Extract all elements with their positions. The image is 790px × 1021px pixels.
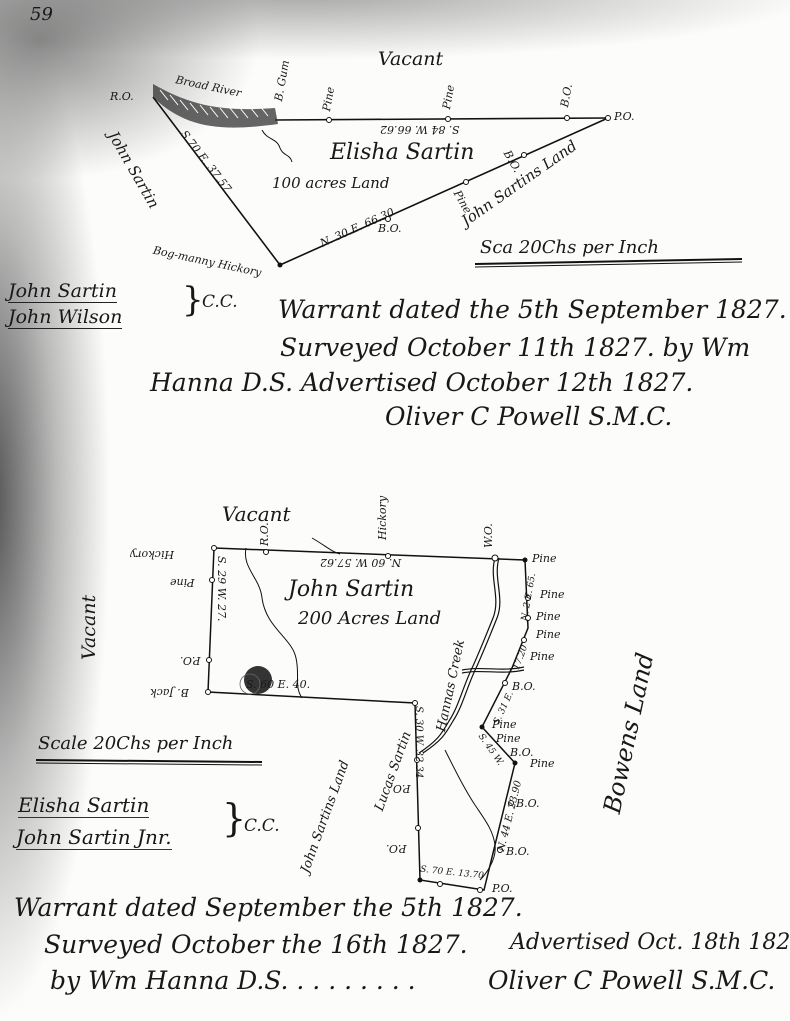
plat2-bearing-north: N. 60 W. 57.62 [320, 556, 401, 569]
plat2-pine-ne: Pine [532, 552, 557, 565]
plat2-chain-carrier-2: John Sartin Jnr. [16, 825, 172, 850]
plat2-pine-e2: Pine [536, 610, 561, 623]
plat2-cert-line-1: Warrant dated September the 5th 1827. [14, 893, 523, 922]
plat2-chain-carriers-label: C.C. [244, 816, 280, 836]
plat2-cert-line-3: by Wm Hanna D.S. . . . . . . . . [50, 966, 416, 995]
plat2-pine-e7: Pine [530, 757, 555, 770]
plat2-vacant-top: Vacant [222, 502, 291, 526]
plat-2-drawing [0, 0, 790, 1021]
plat2-brace: } [222, 796, 246, 840]
plat2-cert-line-2: Surveyed October the 16th 1827. [44, 930, 468, 959]
plat2-owner-name: John Sartin [288, 577, 414, 602]
plat2-po-lower-2: P.O. [386, 842, 407, 855]
plat2-bearing-south: S. 60 E. 40. [246, 678, 310, 691]
plat2-corner-ro: R.O. [258, 522, 271, 546]
plat2-corner-wo: W.O. [482, 523, 495, 548]
plat2-bo-e3: B.O. [516, 797, 539, 810]
plat2-pine-e1: Pine [540, 588, 565, 601]
plat2-acreage: 200 Acres Land [298, 608, 441, 629]
plat2-pine-e5: Pine [492, 718, 517, 731]
plat2-pine-nw: Pine [170, 576, 195, 589]
plat2-scale: Scale 20Chs per Inch [38, 733, 233, 754]
plat2-po-left: P.O. [180, 654, 201, 667]
plat2-bearing-lower-west: S. 30 W. 32.34 [413, 706, 424, 778]
plat2-vacant-left: Vacant [78, 595, 100, 660]
plat2-signature: Oliver C Powell S.M.C. [488, 966, 775, 995]
plat2-corner-hickory-top: Hickory [376, 496, 389, 540]
plat2-pine-e4: Pine [530, 650, 555, 663]
plat2-cert-line-2b: Advertised Oct. 18th 1827 [510, 930, 790, 955]
plat2-corner-sw: B. Jack [150, 686, 189, 699]
plat2-bo-e: B.O. [512, 680, 535, 693]
plat2-bearing-west: S. 29 W. 27. [215, 556, 228, 622]
plat2-pine-e6: Pine [496, 732, 521, 745]
plat2-hickory-nw: Hickory [130, 548, 174, 561]
plat2-pine-e3: Pine [536, 628, 561, 641]
plat2-chain-carrier-1: Elisha Sartin [18, 793, 149, 818]
plat2-bo-e4: B.O. [506, 845, 529, 858]
